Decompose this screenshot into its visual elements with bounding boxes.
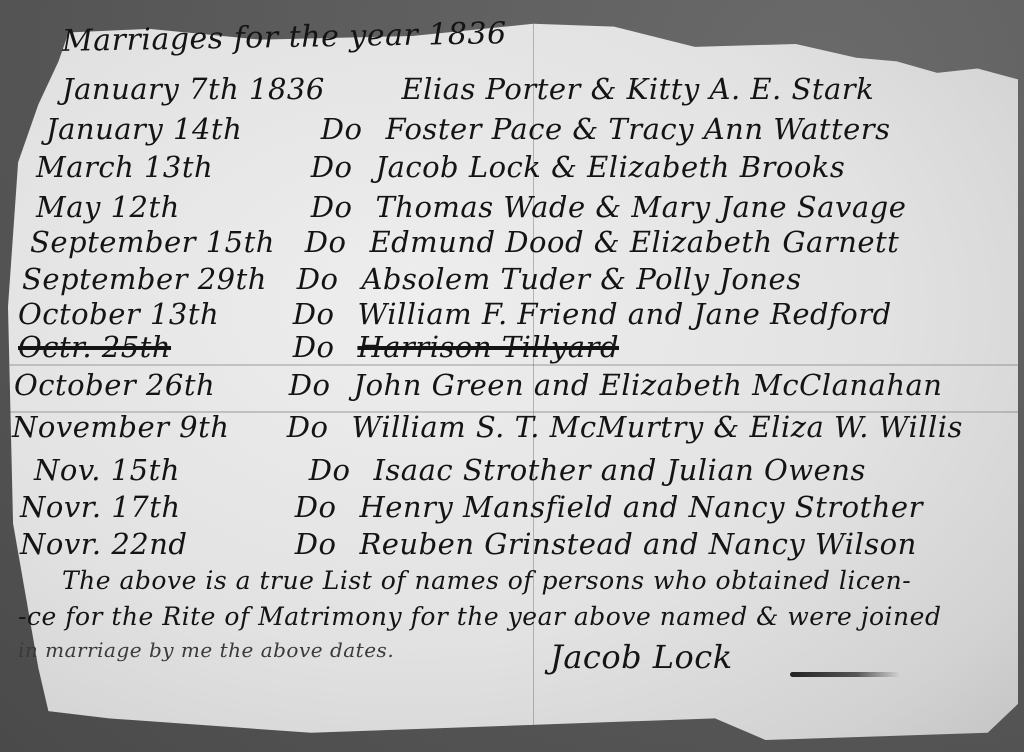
entry-date: Novr. 17th (20, 490, 285, 524)
entry-conjunction: and (534, 368, 590, 402)
entry-bride: Polly Jones (636, 262, 801, 296)
entry-groom: Elias Porter (401, 72, 580, 106)
entry-officiant: Do (311, 190, 366, 224)
marriage-entry: May 12th Do Thomas Wade & Mary Jane Sava… (36, 190, 906, 224)
entry-date: Novr. 22nd (20, 527, 285, 561)
marriage-entry: Novr. 22nd Do Reuben Grinstead and Nancy… (20, 527, 917, 561)
entry-groom: John Green (353, 368, 524, 402)
entry-date: May 12th (36, 190, 301, 224)
entry-date: September 29th (22, 262, 287, 296)
entry-bride: Mary Jane Savage (631, 190, 906, 224)
entry-bride: Julian Owens (666, 453, 865, 487)
entry-conjunction: & (551, 150, 577, 184)
marriage-entry: November 9th Do William S. T. McMurtry &… (12, 410, 963, 444)
entry-conjunction: & (595, 190, 621, 224)
entry-date: March 13th (36, 150, 301, 184)
entry-groom: William F. Friend (357, 297, 618, 331)
entry-conjunction: & (713, 410, 739, 444)
entry-groom: Jacob Lock (375, 150, 541, 184)
marriage-entry: Novr. 17th Do Henry Mansfield and Nancy … (20, 490, 923, 524)
entry-groom: Foster Pace (385, 112, 562, 146)
entry-groom: Henry Mansfield (359, 490, 613, 524)
marriage-entry: January 7th 1836 Elias Porter & Kitty A.… (62, 72, 874, 106)
entry-officiant: Do (321, 112, 376, 146)
entry-date: September 15th (30, 225, 295, 259)
entry-date: November 9th (12, 410, 277, 444)
entry-officiant: Do (293, 330, 348, 364)
marriage-entry: October 26th Do John Green and Elizabeth… (14, 368, 942, 402)
marriage-entry: September 15th Do Edmund Dood & Elizabet… (30, 225, 899, 259)
marriage-entry: March 13th Do Jacob Lock & Elizabeth Bro… (36, 150, 845, 184)
entry-date: January 7th 1836 (62, 72, 327, 106)
entry-conjunction: & (600, 262, 626, 296)
certification-line-3: in marriage by me the above dates. (18, 638, 394, 662)
page-fold-line (8, 364, 1018, 366)
entry-date: October 13th (18, 297, 283, 331)
marriage-entry: October 13th Do William F. Friend and Ja… (18, 297, 892, 331)
entry-bride: Nancy Strother (689, 490, 923, 524)
entry-officiant: Do (295, 527, 350, 561)
entry-groom: Edmund Dood (369, 225, 584, 259)
entry-groom: Absolem Tuder (361, 262, 590, 296)
entry-bride: Elizabeth Garnett (630, 225, 900, 259)
certification-line-2: -ce for the Rite of Matrimony for the ye… (18, 602, 941, 631)
entry-groom: Harrison Tillyard (357, 330, 619, 364)
entry-officiant: Do (295, 490, 350, 524)
marriage-entry: January 14th Do Foster Pace & Tracy Ann … (46, 112, 891, 146)
entry-bride: Eliza W. Willis (749, 410, 962, 444)
entry-officiant: Do (287, 410, 342, 444)
certification-line-1: The above is a true List of names of per… (62, 566, 911, 595)
marriage-entry: Nov. 15th Do Isaac Strother and Julian O… (34, 453, 866, 487)
entry-groom: Isaac Strother (373, 453, 591, 487)
entry-officiant: Do (293, 297, 348, 331)
entry-date: Nov. 15th (34, 453, 299, 487)
marriage-entry: Octr. 25th Do Harrison Tillyard (18, 330, 619, 364)
entry-groom: William S. T. McMurtry (351, 410, 703, 444)
entry-conjunction: and (601, 453, 657, 487)
entry-bride: Nancy Wilson (709, 527, 917, 561)
entry-groom: Reuben Grinstead (359, 527, 633, 561)
marriage-entry: September 29th Do Absolem Tuder & Polly … (22, 262, 802, 296)
entry-date: January 14th (46, 112, 311, 146)
entry-bride: Jane Redford (694, 297, 892, 331)
entry-date: October 26th (14, 368, 279, 402)
entry-conjunction: and (628, 297, 684, 331)
entry-groom: Thomas Wade (375, 190, 585, 224)
entry-conjunction: and (643, 527, 699, 561)
entry-officiant: Do (289, 368, 344, 402)
entry-officiant: Do (309, 453, 364, 487)
entry-date: Octr. 25th (18, 330, 283, 364)
entry-conjunction: and (623, 490, 679, 524)
signature: Jacob Lock (550, 638, 733, 676)
entry-bride: Kitty A. E. Stark (627, 72, 875, 106)
entry-bride: Elizabeth McClanahan (600, 368, 943, 402)
entry-conjunction: & (572, 112, 598, 146)
entry-officiant: Do (305, 225, 360, 259)
entry-conjunction: & (591, 72, 617, 106)
entry-bride: Tracy Ann Watters (608, 112, 890, 146)
entry-officiant: Do (297, 262, 352, 296)
entry-bride: Elizabeth Brooks (587, 150, 845, 184)
entry-officiant: Do (311, 150, 366, 184)
signature-flourish (790, 672, 900, 677)
entry-conjunction: & (594, 225, 620, 259)
